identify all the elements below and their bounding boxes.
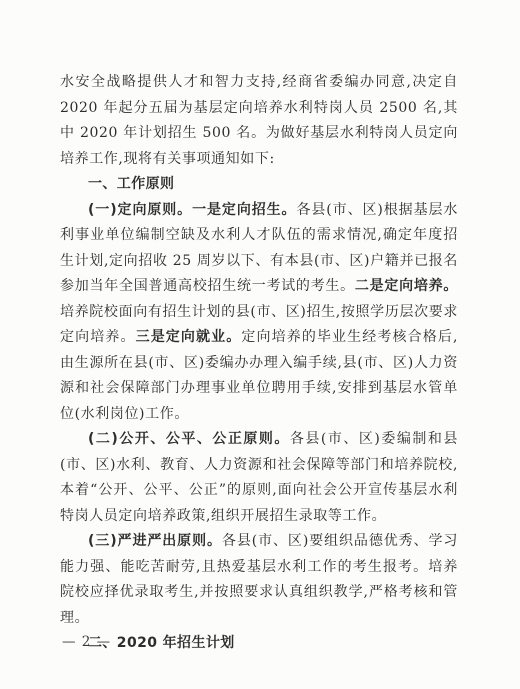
bold-lead-strictness: (三)严进严出原则。 <box>88 533 222 549</box>
paragraph-intro: 水安全战略提供人才和智力支持,经商省委编办同意,决定自 2020 年起分五届为基… <box>60 70 458 172</box>
section-2-heading: 二、2020 年招生计划 <box>60 631 458 657</box>
section-1-heading: 一、工作原则 <box>60 172 458 198</box>
paragraph-principle-fairness: (二)公开、公平、公正原则。各县(市、区)委编制和县(市、区)水利、教育、人力资… <box>60 427 458 529</box>
document-body: 水安全战略提供人才和智力支持,经商省委编办同意,决定自 2020 年起分五届为基… <box>60 70 458 657</box>
bold-lead-directional-enrollment: (一)定向原则。一是定向招生。 <box>88 202 296 218</box>
bold-lead-fairness: (二)公开、公平、公正原则。 <box>88 431 290 447</box>
paragraph-principle-directional: (一)定向原则。一是定向招生。各县(市、区)根据基层水利事业单位编制空缺及水利人… <box>60 198 458 428</box>
scanned-document-page: 水安全战略提供人才和智力支持,经商省委编办同意,决定自 2020 年起分五届为基… <box>0 0 520 689</box>
paragraph-principle-strictness: (三)严进严出原则。各县(市、区)要组织品德优秀、学习能力强、能吃苦耐劳,且热爱… <box>60 529 458 631</box>
bold-lead-directional-employment: 三是定向就业。 <box>136 329 242 345</box>
bold-lead-directional-training: 二是定向培养。 <box>355 278 458 294</box>
page-number: — 2 — <box>62 634 111 650</box>
